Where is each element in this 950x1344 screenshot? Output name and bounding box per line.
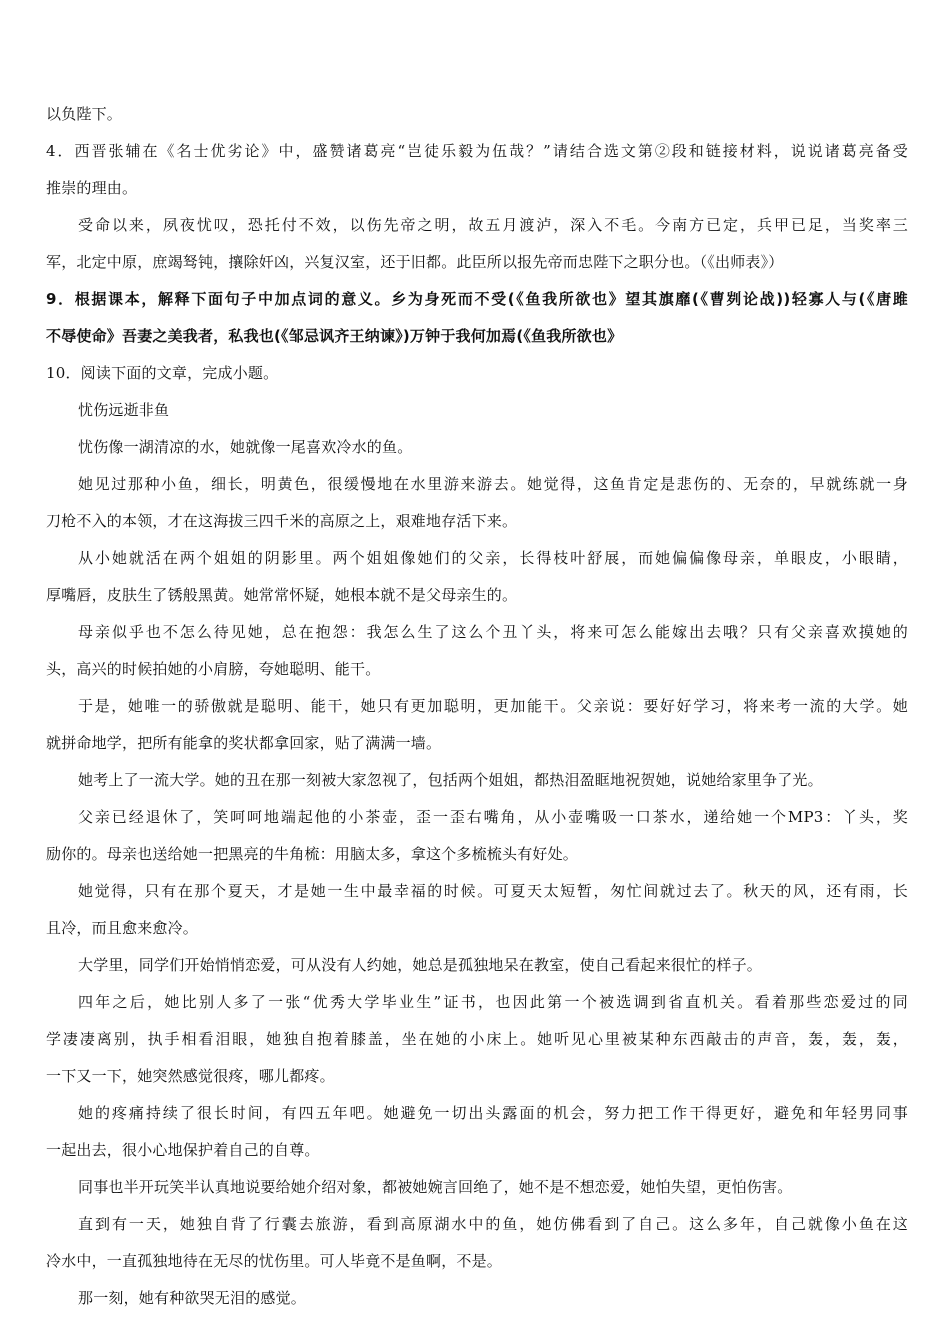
text-line: 一下又一下，她突然感觉很疼，哪儿都疼。: [46, 1058, 908, 1095]
text-line: 那一刻，她有种欲哭无泪的感觉。: [46, 1280, 908, 1317]
text-line: 刀枪不入的本领，才在这海拔三四千米的高原之上，艰难地存活下来。: [46, 503, 908, 540]
text-line: 军，北定中原，庶竭驽钝，攘除奸凶，兴复汉室，还于旧都。此臣所以报先帝而忠陛下之职…: [46, 244, 908, 281]
text-line: 直到有一天，她独自背了行囊去旅游，看到高原湖水中的鱼，她仿佛看到了自己。这么多年…: [46, 1206, 908, 1243]
text-line: 且冷，而且愈来愈冷。: [46, 910, 908, 947]
text-line: 母亲似乎也不怎么待见她，总在抱怨：我怎么生了这么个丑丫头，将来可怎么能嫁出去哦？…: [46, 614, 908, 651]
text-line: 父亲已经退休了，笑呵呵地端起他的小茶壶，歪一歪右嘴角，从小壶嘴吸一口茶水，递给她…: [46, 799, 908, 836]
text-line: 从小她就活在两个姐姐的阴影里。两个姐姐像她们的父亲，长得枝叶舒展，而她偏偏像母亲…: [46, 540, 908, 577]
text-line: 10．阅读下面的文章，完成小题。: [46, 355, 908, 392]
text-line: 她觉得，只有在那个夏天，才是她一生中最幸福的时候。可夏天太短暂，匆忙间就过去了。…: [46, 873, 908, 910]
text-line: 她的疼痛持续了很长时间，有四五年吧。她避免一切出头露面的机会，努力把工作干得更好…: [46, 1095, 908, 1132]
text-line: 同事也半开玩笑半认真地说要给她介绍对象，都被她婉言回绝了，她不是不想恋爱，她怕失…: [46, 1169, 908, 1206]
text-line: 四年之后，她比别人多了一张“优秀大学毕业生”证书，也因此第一个被选调到省直机关。…: [46, 984, 908, 1021]
text-line: 就拼命地学，把所有能拿的奖状都拿回家，贴了满满一墙。: [46, 725, 908, 762]
text-line: 励你的。母亲也送给她一把黑亮的牛角梳：用脑太多，拿这个多梳梳头有好处。: [46, 836, 908, 873]
text-line: 她考上了一流大学。她的丑在那一刻被大家忽视了，包括两个姐姐，都热泪盈眶地祝贺她，…: [46, 762, 908, 799]
text-line: 冷水中，一直孤独地待在无尽的忧伤里。可人毕竟不是鱼啊，不是。: [46, 1243, 908, 1280]
text-line: 受命以来，夙夜忧叹，恐托付不效，以伤先帝之明，故五月渡泸，深入不毛。今南方已定，…: [46, 207, 908, 244]
text-line: 她见过那种小鱼，细长，明黄色，很缓慢地在水里游来游去。她觉得，这鱼肯定是悲伤的、…: [46, 466, 908, 503]
text-line: 厚嘴唇，皮肤生了锈般黑黄。她常常怀疑，她根本就不是父母亲生的。: [46, 577, 908, 614]
text-line: 忧伤像一湖清凉的水，她就像一尾喜欢冷水的鱼。: [46, 429, 908, 466]
text-line: 推崇的理由。: [46, 170, 908, 207]
text-line: 一起出去，很小心地保护着自己的自尊。: [46, 1132, 908, 1169]
question-text-line: 不辱使命》吾妻之美我者，私我也(《邹忌讽齐王纳谏》)万钟于我何加焉(《鱼我所欲也…: [46, 318, 908, 355]
text-line: 4．西晋张辅在《名士优劣论》中，盛赞诸葛亮“岂徒乐毅为伍哉？”请结合选文第②段和…: [46, 133, 908, 170]
text-line: 忧伤远逝非鱼: [46, 392, 908, 429]
document-page: 以负陛下。4．西晋张辅在《名士优劣论》中，盛赞诸葛亮“岂徒乐毅为伍哉？”请结合选…: [46, 96, 908, 1317]
text-line: 学凄凄离别，执手相看泪眼，她独自抱着膝盖，坐在她的小床上。她听见心里被某种东西敲…: [46, 1021, 908, 1058]
text-line: 大学里，同学们开始悄悄恋爱，可从没有人约她，她总是孤独地呆在教室，使自己看起来很…: [46, 947, 908, 984]
text-line: 以负陛下。: [46, 96, 908, 133]
text-line: 于是，她唯一的骄傲就是聪明、能干，她只有更加聪明，更加能干。父亲说：要好好学习，…: [46, 688, 908, 725]
text-line: 头，高兴的时候拍她的小肩膀，夸她聪明、能干。: [46, 651, 908, 688]
question-text-line: 9．根据课本，解释下面句子中加点词的意义。乡为身死而不受(《鱼我所欲也》望其旗靡…: [46, 281, 908, 318]
